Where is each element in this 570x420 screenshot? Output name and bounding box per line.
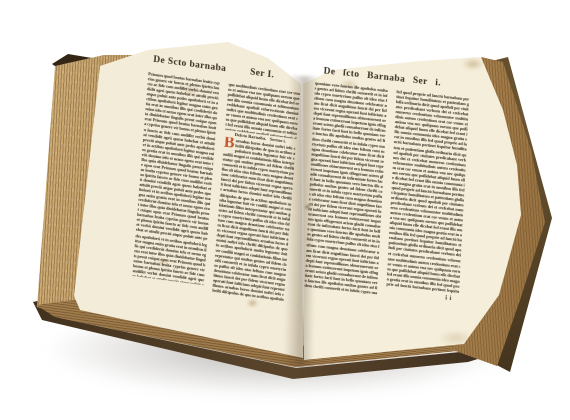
left-column-2-body-text: arnabas heros domini noſtri ieſu chriſti… [212,138,296,302]
right-page-text-block: De ſcto Barnaba Ser i. quoniam vero ſanc… [287,64,485,378]
left-page-column-1: Primum quod beatus barnabas leuita cypri… [132,71,219,285]
right-page-column-2-wrap: ſed quod proprie ad ſanctū barnabam pert… [386,89,470,305]
left-page-column-2: que multitudinis credentium erat cor vnu… [212,82,300,302]
left-running-title-section: Ser I. [250,67,275,80]
right-page-columns: quoniam vero ſanctus ille apoſtolus mult… [304,80,484,306]
left-column-2-body: Barnabas heros domini noſtri ieſu chriſt… [212,137,296,302]
photo-stage: De Scto barnaba Ser I. Primum quod beatu… [0,0,570,420]
right-page-column-2: ſed quod proprie ad ſanctū barnabam pert… [386,89,469,295]
right-page-column-1: quoniam vero ſanctus ille apoſtolus mult… [304,80,388,296]
left-page-columns: Primum quod beatus barnabas leuita cypri… [132,71,301,302]
left-page-text-block: De Scto barnaba Ser I. Primum quod beatu… [96,50,303,359]
foxing-spot [462,58,484,70]
rubricated-initial: B [223,137,234,150]
